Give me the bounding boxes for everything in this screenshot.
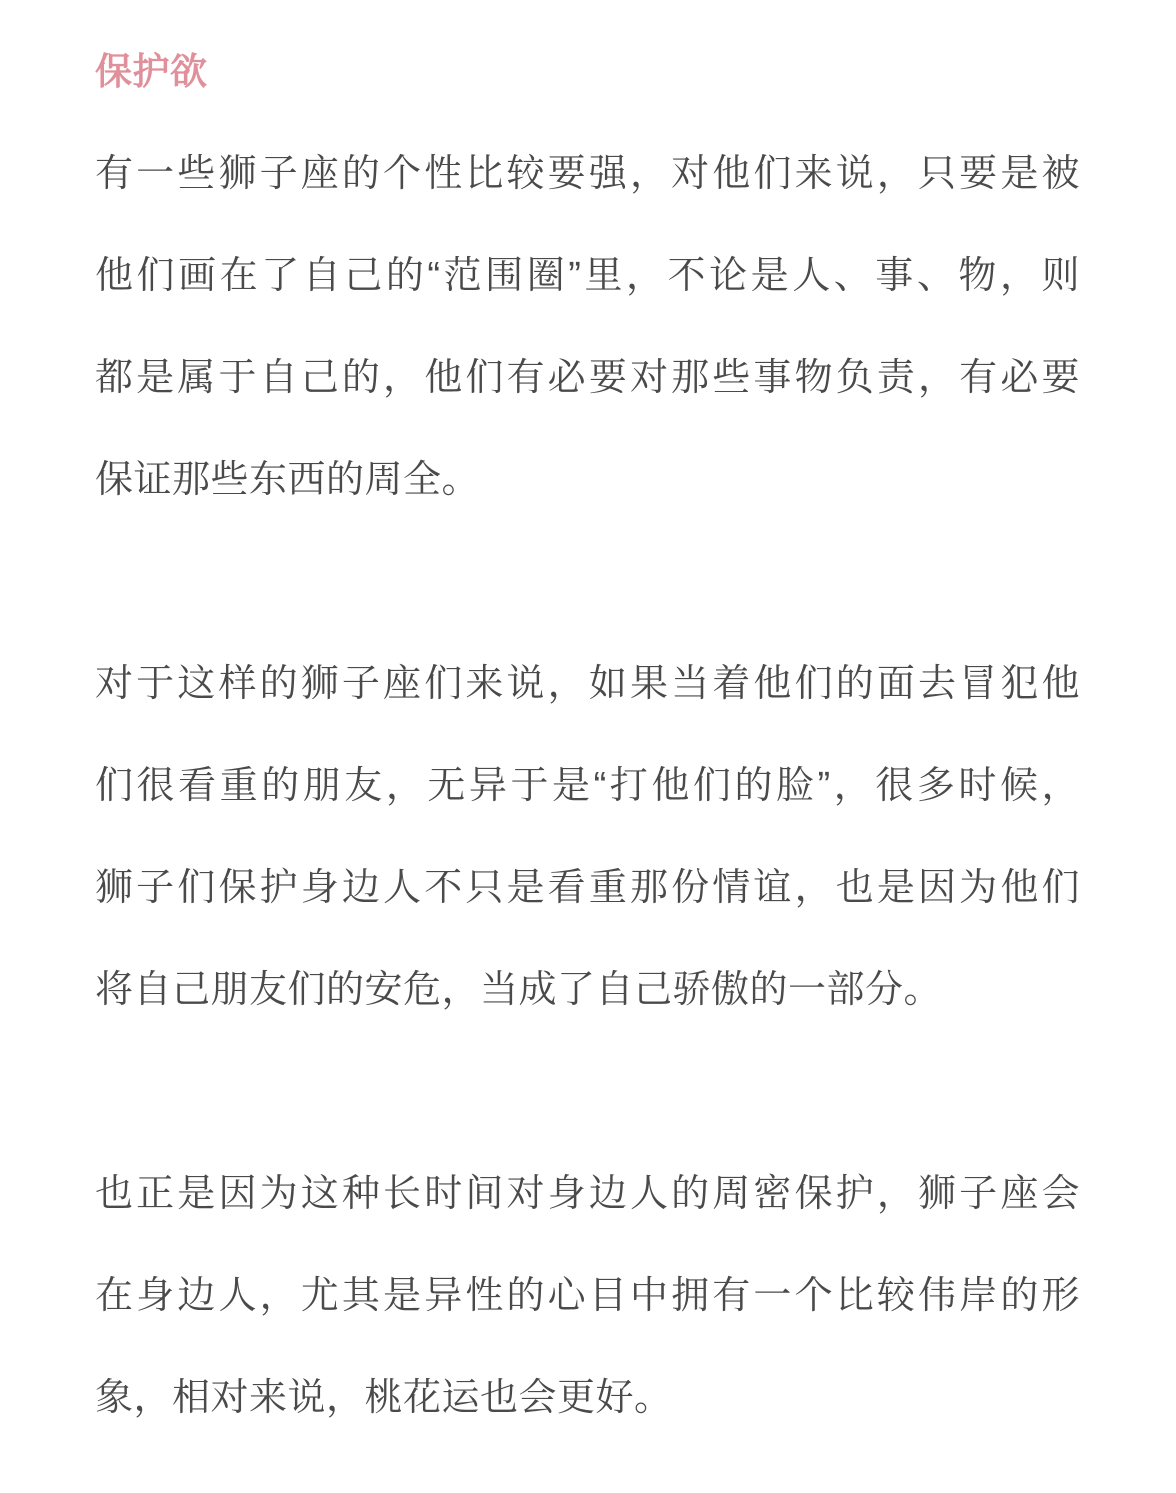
- text-line: 他们画在了自己的“范围圈”里，不论是人、事、物，则: [95, 225, 1080, 327]
- article-heading: 保护欲: [95, 21, 1080, 123]
- paragraph-2: 对于这样的狮子座们来说，如果当着他们的面去冒犯他 们很看重的朋友，无异于是“打他…: [95, 633, 1080, 1041]
- text-line: 有一些狮子座的个性比较要强，对他们来说，只要是被: [95, 123, 1080, 225]
- text-line: 们很看重的朋友，无异于是“打他们的脸”，很多时候，: [95, 735, 1080, 837]
- text-line: 保证那些东西的周全。: [95, 429, 1080, 531]
- text-line: 狮子们保护身边人不只是看重那份情谊，也是因为他们: [95, 837, 1080, 939]
- text-line: 象，相对来说，桃花运也会更好。: [95, 1347, 1080, 1449]
- paragraph-3: 也正是因为这种长时间对身边人的周密保护，狮子座会 在身边人，尤其是异性的心目中拥…: [95, 1143, 1080, 1449]
- article-page: 保护欲 有一些狮子座的个性比较要强，对他们来说，只要是被 他们画在了自己的“范围…: [0, 0, 1176, 1493]
- text-line: 也正是因为这种长时间对身边人的周密保护，狮子座会: [95, 1143, 1080, 1245]
- text-line: 对于这样的狮子座们来说，如果当着他们的面去冒犯他: [95, 633, 1080, 735]
- text-line: 将自己朋友们的安危，当成了自己骄傲的一部分。: [95, 939, 1080, 1041]
- text-line: 在身边人，尤其是异性的心目中拥有一个比较伟岸的形: [95, 1245, 1080, 1347]
- paragraph-1: 有一些狮子座的个性比较要强，对他们来说，只要是被 他们画在了自己的“范围圈”里，…: [95, 123, 1080, 531]
- text-line: 都是属于自己的，他们有必要对那些事物负责，有必要: [95, 327, 1080, 429]
